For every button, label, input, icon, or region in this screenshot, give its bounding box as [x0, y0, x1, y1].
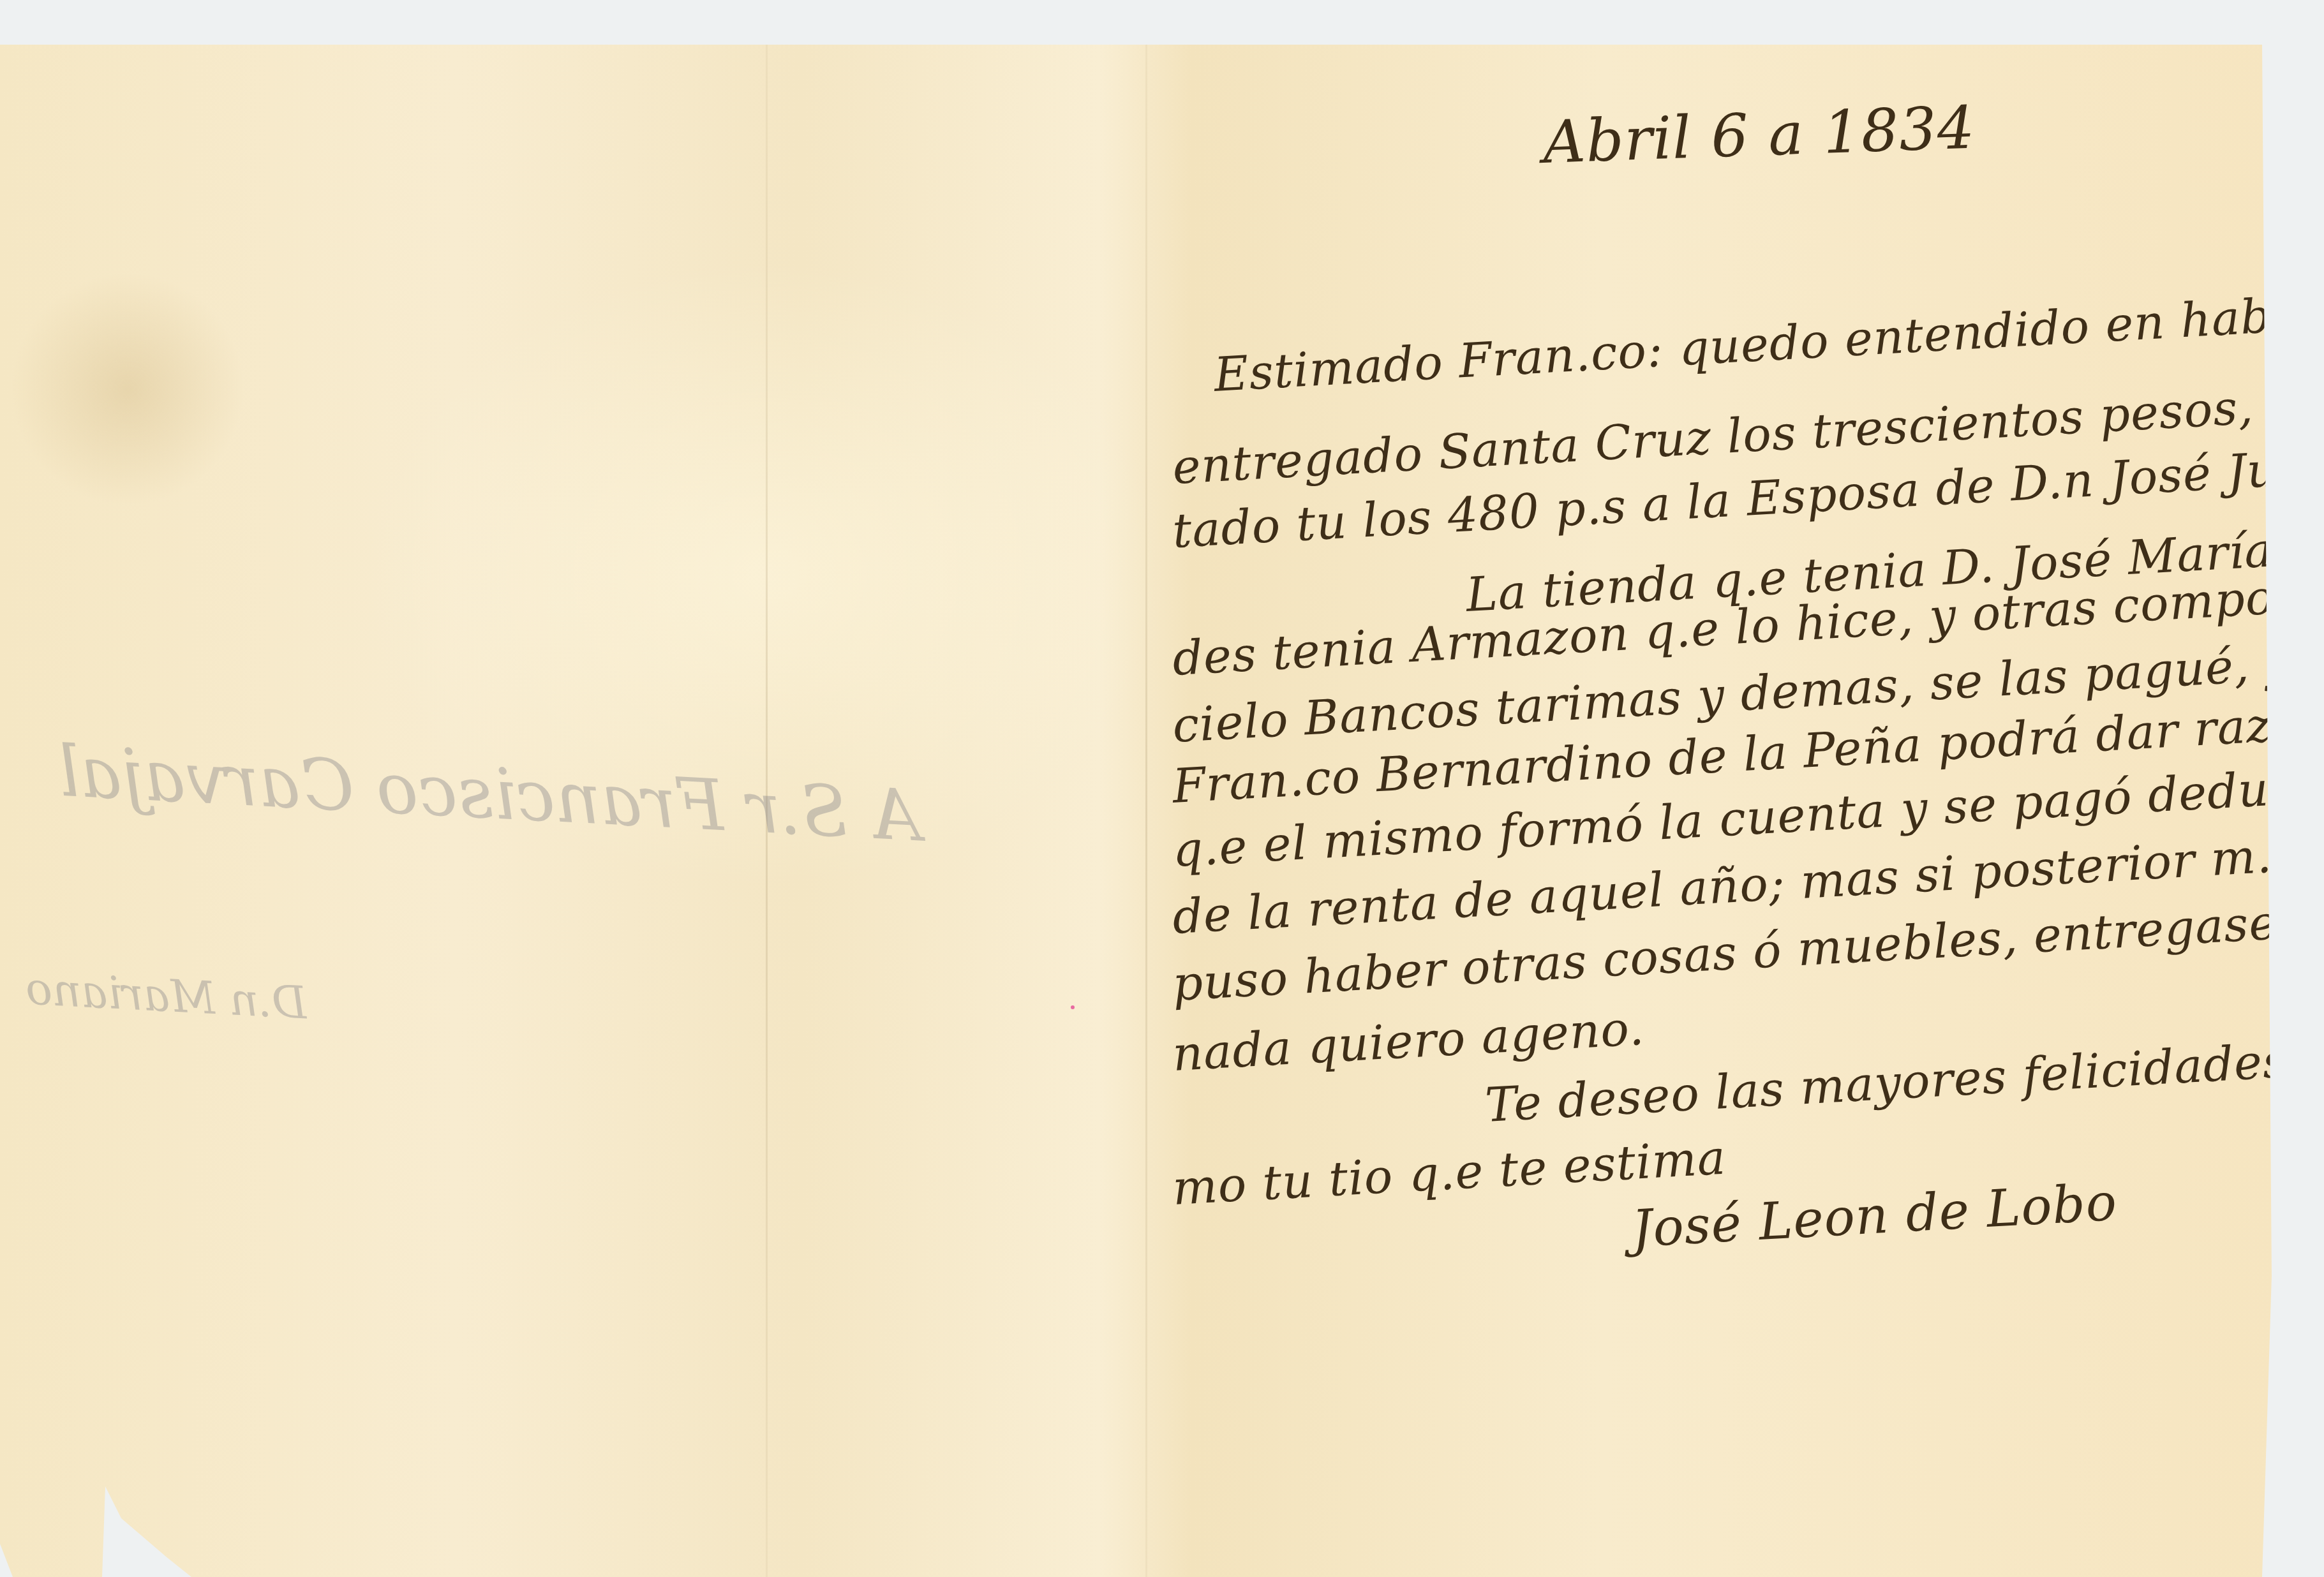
bleed-through-address: A S.r Francisco Carvajal: [56, 730, 923, 857]
letter-date: Abril 6 a 1834: [1542, 93, 1976, 177]
paper-sheet: A S.r Francisco Carvajal D.n Mariano Abr…: [0, 0, 2291, 1577]
fold-crease-center: [1145, 45, 1147, 1577]
letter-line: nada quiero ageno.: [1171, 1001, 1646, 1082]
ink-spot: [1071, 1005, 1075, 1009]
bleed-through-place: D.n Mariano: [24, 963, 308, 1030]
scan-background: A S.r Francisco Carvajal D.n Mariano Abr…: [0, 0, 2324, 1577]
